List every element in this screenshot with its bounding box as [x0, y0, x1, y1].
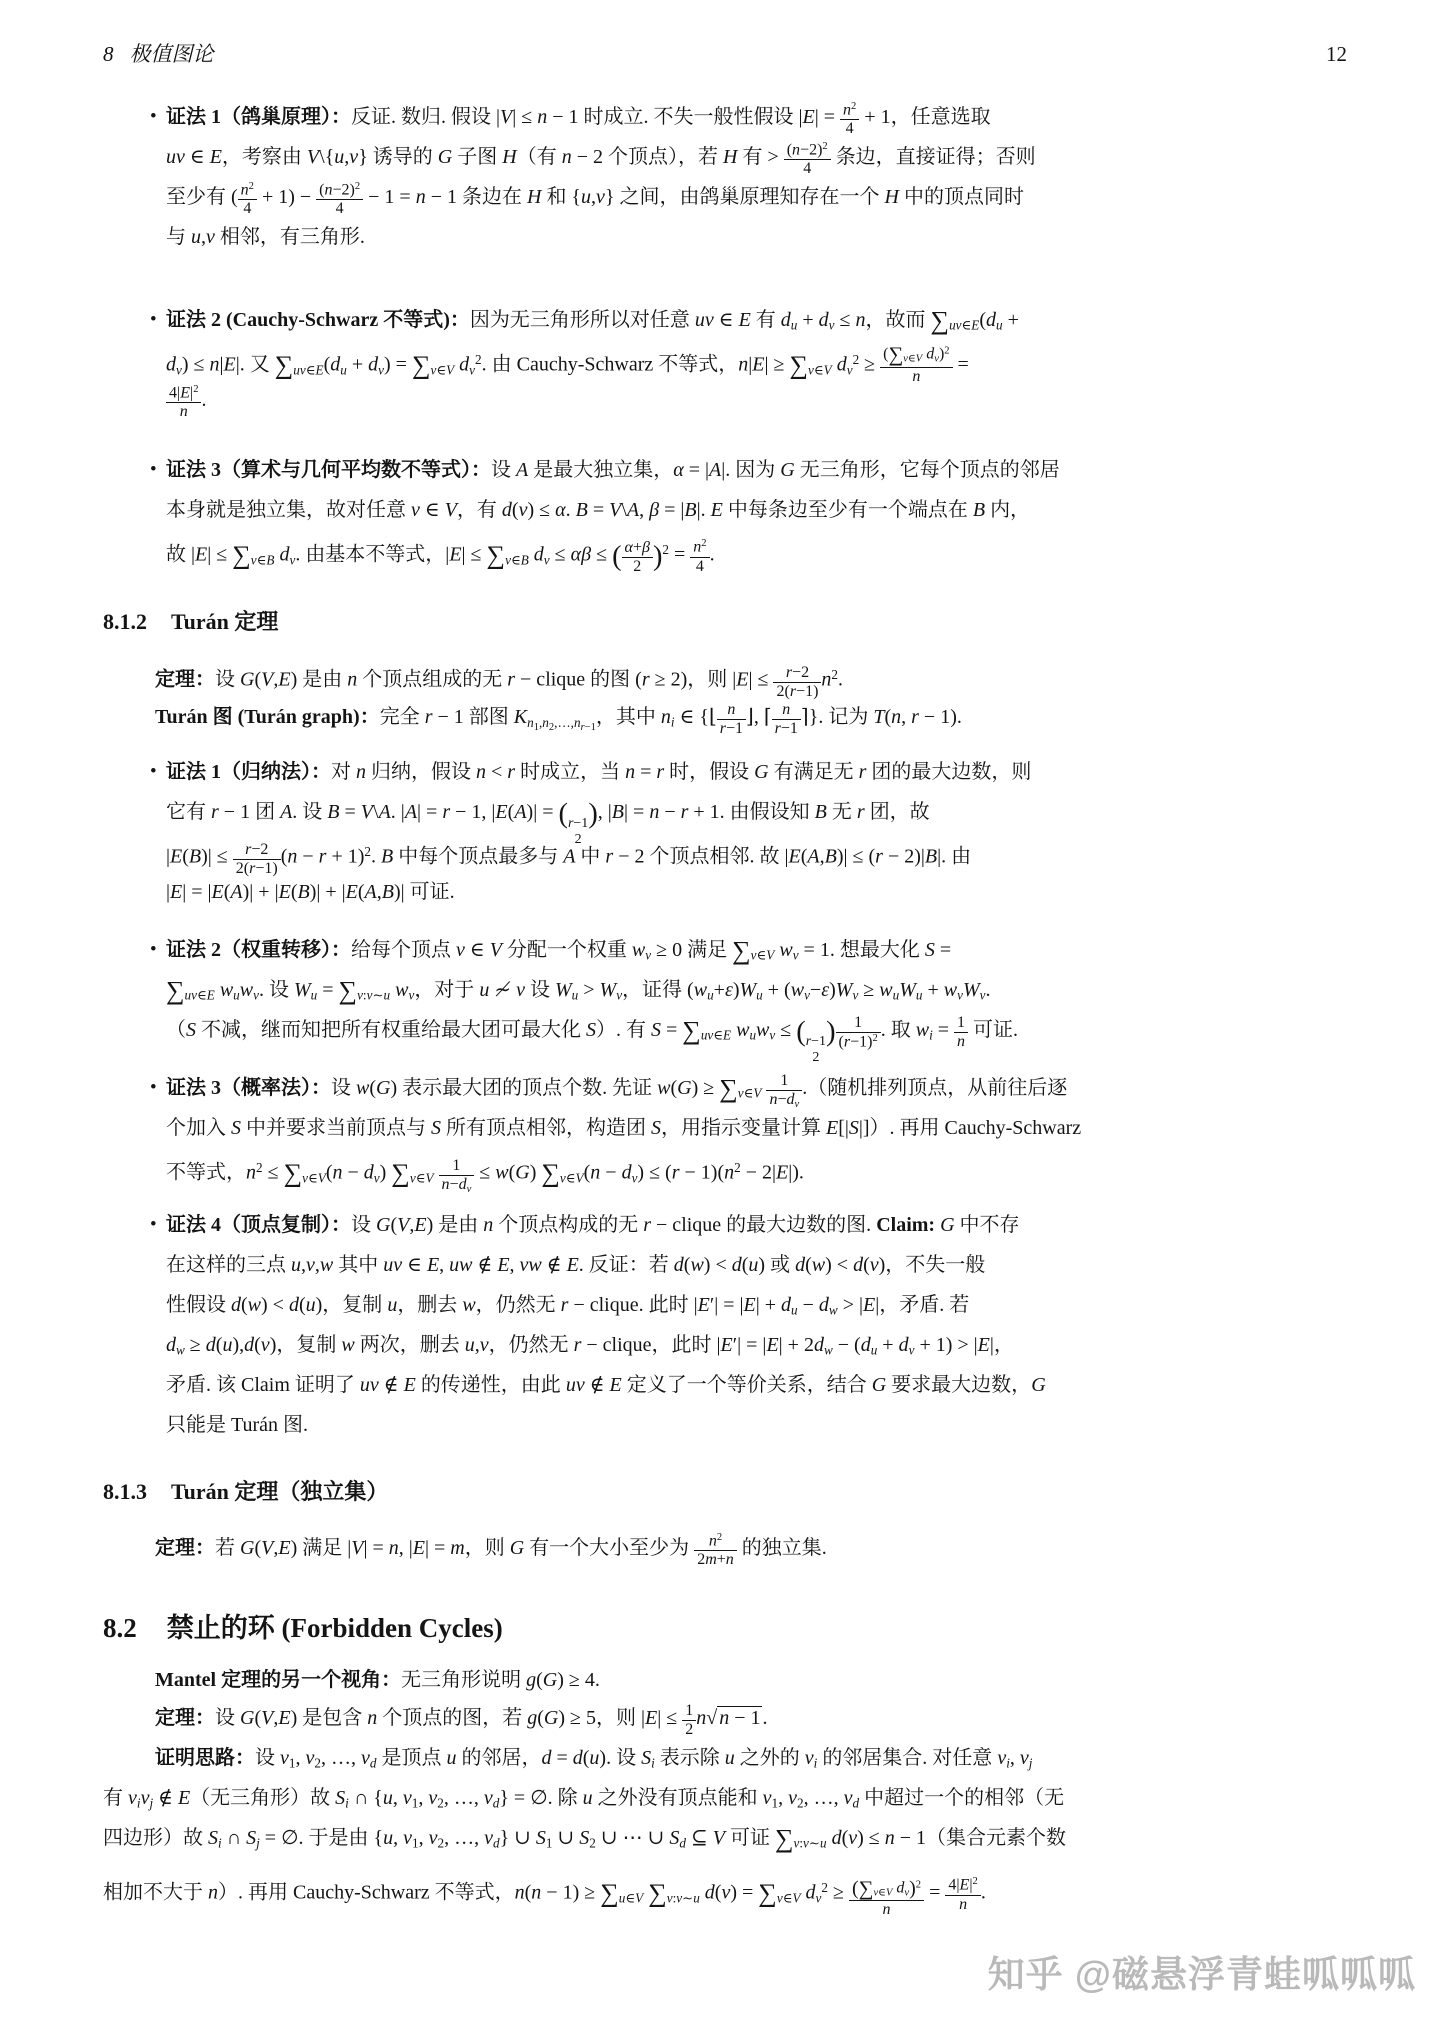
text-line: uv ∈ E，考察由 V\{u,v} 诱导的 G 子图 H（有 n − 2 个顶…: [166, 137, 1036, 177]
document-page: 8极值图论 12 • 证法 1（鸽巢原理）：反证. 数归. 假设 |V| ≤ n…: [0, 0, 1440, 2036]
section-number: 8.1.2: [103, 609, 147, 634]
text-line: 证法 2 (Cauchy-Schwarz 不等式)：因为无三角形所以对任意 uv…: [166, 300, 1019, 340]
text-line: 性假设 d(w) < d(u)，复制 u，删去 w，仍然无 r − clique…: [166, 1285, 1046, 1325]
running-header: 8极值图论: [103, 40, 214, 68]
theorem-independent-set: 定理：若 G(V,E) 满足 |V| = n, |E| = m，则 G 有一个大…: [155, 1528, 827, 1568]
text-line: Turán 图 (Turán graph)：完全 r − 1 部图 Kn1,n2…: [155, 697, 962, 737]
bullet-proof-am-gm: • 证法 3（算术与几何平均数不等式）：设 A 是最大独立集，α = |A|. …: [150, 450, 1390, 570]
bullet-icon: •: [150, 1205, 166, 1445]
text-line: 有 vivj ∉ E（无三角形）故 Si ∩ {u, v1, v2, …, vd…: [103, 1778, 1373, 1818]
text-line: 定理：设 G(V,E) 是由 n 个顶点组成的无 r − clique 的图 (…: [155, 655, 843, 695]
text-line: 证法 2（权重转移）：给每个顶点 v ∈ V 分配一个权重 wv ≥ 0 满足 …: [166, 930, 1018, 970]
text-line: 个加入 S 中并要求当前顶点与 S 所有顶点相邻，构造团 S，用指示变量计算 E…: [166, 1108, 1081, 1148]
section-number: 8.1.3: [103, 1479, 147, 1504]
text-line: 本身就是独立集，故对任意 v ∈ V，有 d(v) ≤ α. B = V\A, …: [166, 490, 1060, 530]
bullet-icon: •: [150, 1068, 166, 1188]
section-number: 8.2: [103, 1613, 137, 1643]
section-title: Turán 定理（独立集）: [171, 1479, 388, 1504]
bullet-proof-weight-shifting: • 证法 2（权重转移）：给每个顶点 v ∈ V 分配一个权重 wv ≥ 0 满…: [150, 930, 1390, 1050]
mantel-remark: Mantel 定理的另一个视角：无三角形说明 g(G) ≥ 4.: [155, 1660, 600, 1700]
text-line: 证法 1（鸽巢原理）：反证. 数归. 假设 |V| ≤ n − 1 时成立. 不…: [166, 97, 1036, 137]
text-line: 与 u,v 相邻，有三角形.: [166, 217, 1036, 257]
text-line: 矛盾. 该 Claim 证明了 uv ∉ E 的传递性，由此 uv ∉ E 定义…: [166, 1365, 1046, 1405]
bullet-icon: •: [150, 930, 166, 1050]
text-line: 在这样的三点 u,v,w 其中 uv ∈ E, uw ∉ E, vw ∉ E. …: [166, 1245, 1046, 1285]
bullet-icon: •: [150, 450, 166, 570]
text-line: ∑uv∈E wuwv. 设 Wu = ∑v:v∼u wv，对于 u ≁ v 设 …: [166, 970, 1018, 1010]
theorem-girth-five: 定理：设 G(V,E) 是包含 n 个顶点的图，若 g(G) ≥ 5，则 |E|…: [155, 1698, 767, 1738]
text-line: 4|E|2n.: [166, 380, 1019, 420]
text-line: 它有 r − 1 团 A. 设 B = V\A. |A| = r − 1, |E…: [166, 792, 1031, 832]
text-line: 证法 3（概率法）：设 w(G) 表示最大团的顶点个数. 先证 w(G) ≥ ∑…: [166, 1068, 1081, 1108]
text-line: 故 |E| ≤ ∑v∈B dv. 由基本不等式，|E| ≤ ∑v∈B dv ≤ …: [166, 530, 1060, 570]
page-number: 12: [1326, 40, 1347, 68]
watermark: 知乎 @磁悬浮青蛙呱呱呱: [988, 1944, 1416, 1998]
chapter-title: 极值图论: [130, 42, 214, 66]
text-line: 证法 4（顶点复制）：设 G(V,E) 是由 n 个顶点构成的无 r − cli…: [166, 1205, 1046, 1245]
section-title: 禁止的环 (Forbidden Cycles): [167, 1613, 503, 1643]
bullet-proof-vertex-duplication: • 证法 4（顶点复制）：设 G(V,E) 是由 n 个顶点构成的无 r − c…: [150, 1205, 1390, 1445]
proof-sketch-paragraph: 证明思路：设 v1, v2, …, vd 是顶点 u 的邻居，d = d(u).…: [103, 1738, 1373, 1908]
section-heading-8-1-2: 8.1.2Turán 定理: [103, 604, 278, 640]
text-line: |E(B)| ≤ r−22(r−1)(n − r + 1)2. B 中每个顶点最…: [166, 832, 1031, 872]
text-line: Mantel 定理的另一个视角：无三角形说明 g(G) ≥ 4.: [155, 1660, 600, 1700]
text-line: 证法 1（归纳法）：对 n 归纳，假设 n < r 时成立，当 n = r 时，…: [166, 752, 1031, 792]
text-line: 四边形）故 Si ∩ Sj = ∅. 于是由 {u, v1, v2, …, vd…: [103, 1818, 1373, 1858]
section-title: Turán 定理: [171, 609, 278, 634]
text-line: 定理：若 G(V,E) 满足 |V| = n, |E| = m，则 G 有一个大…: [155, 1528, 827, 1568]
section-heading-8-1-3: 8.1.3Turán 定理（独立集）: [103, 1474, 388, 1510]
theorem-turan: 定理：设 G(V,E) 是由 n 个顶点组成的无 r − clique 的图 (…: [155, 655, 843, 695]
text-line: 证法 3（算术与几何平均数不等式）：设 A 是最大独立集，α = |A|. 因为…: [166, 450, 1060, 490]
text-line: dw ≥ d(u),d(v)，复制 w 两次，删去 u,v，仍然无 r − cl…: [166, 1325, 1046, 1365]
bullet-proof-induction: • 证法 1（归纳法）：对 n 归纳，假设 n < r 时成立，当 n = r …: [150, 752, 1390, 912]
bullet-proof-probabilistic: • 证法 3（概率法）：设 w(G) 表示最大团的顶点个数. 先证 w(G) ≥…: [150, 1068, 1390, 1188]
chapter-number: 8: [103, 42, 114, 66]
text-line: |E| = |E(A)| + |E(B)| + |E(A,B)| 可证.: [166, 872, 1031, 912]
text-line: 定理：设 G(V,E) 是包含 n 个顶点的图，若 g(G) ≥ 5，则 |E|…: [155, 1698, 767, 1738]
text-line: 至少有 (n24 + 1) − (n−2)24 − 1 = n − 1 条边在 …: [166, 177, 1036, 217]
bullet-proof-cauchy-schwarz: • 证法 2 (Cauchy-Schwarz 不等式)：因为无三角形所以对任意 …: [150, 300, 1390, 420]
text-line: dv) ≤ n|E|. 又 ∑uv∈E(du + dv) = ∑v∈V dv2.…: [166, 340, 1019, 380]
text-line: 证明思路：设 v1, v2, …, vd 是顶点 u 的邻居，d = d(u).…: [103, 1738, 1373, 1778]
section-heading-8-2: 8.2禁止的环 (Forbidden Cycles): [103, 1608, 503, 1648]
bullet-icon: •: [150, 97, 166, 257]
text-line: （S 不减，继而知把所有权重给最大团可最大化 S）. 有 S = ∑uv∈E w…: [166, 1010, 1018, 1050]
bullet-icon: •: [150, 300, 166, 420]
text-line: 相加不大于 n）. 再用 Cauchy-Schwarz 不等式，n(n − 1)…: [103, 1868, 1373, 1908]
text-line: 不等式，n2 ≤ ∑v∈V(n − dv) ∑v∈V 1n−dv ≤ w(G) …: [166, 1148, 1081, 1188]
bullet-icon: •: [150, 752, 166, 912]
definition-turan-graph: Turán 图 (Turán graph)：完全 r − 1 部图 Kn1,n2…: [155, 697, 962, 737]
bullet-proof-pigeonhole: • 证法 1（鸽巢原理）：反证. 数归. 假设 |V| ≤ n − 1 时成立.…: [150, 97, 1390, 257]
text-line: 只能是 Turán 图.: [166, 1405, 1046, 1445]
